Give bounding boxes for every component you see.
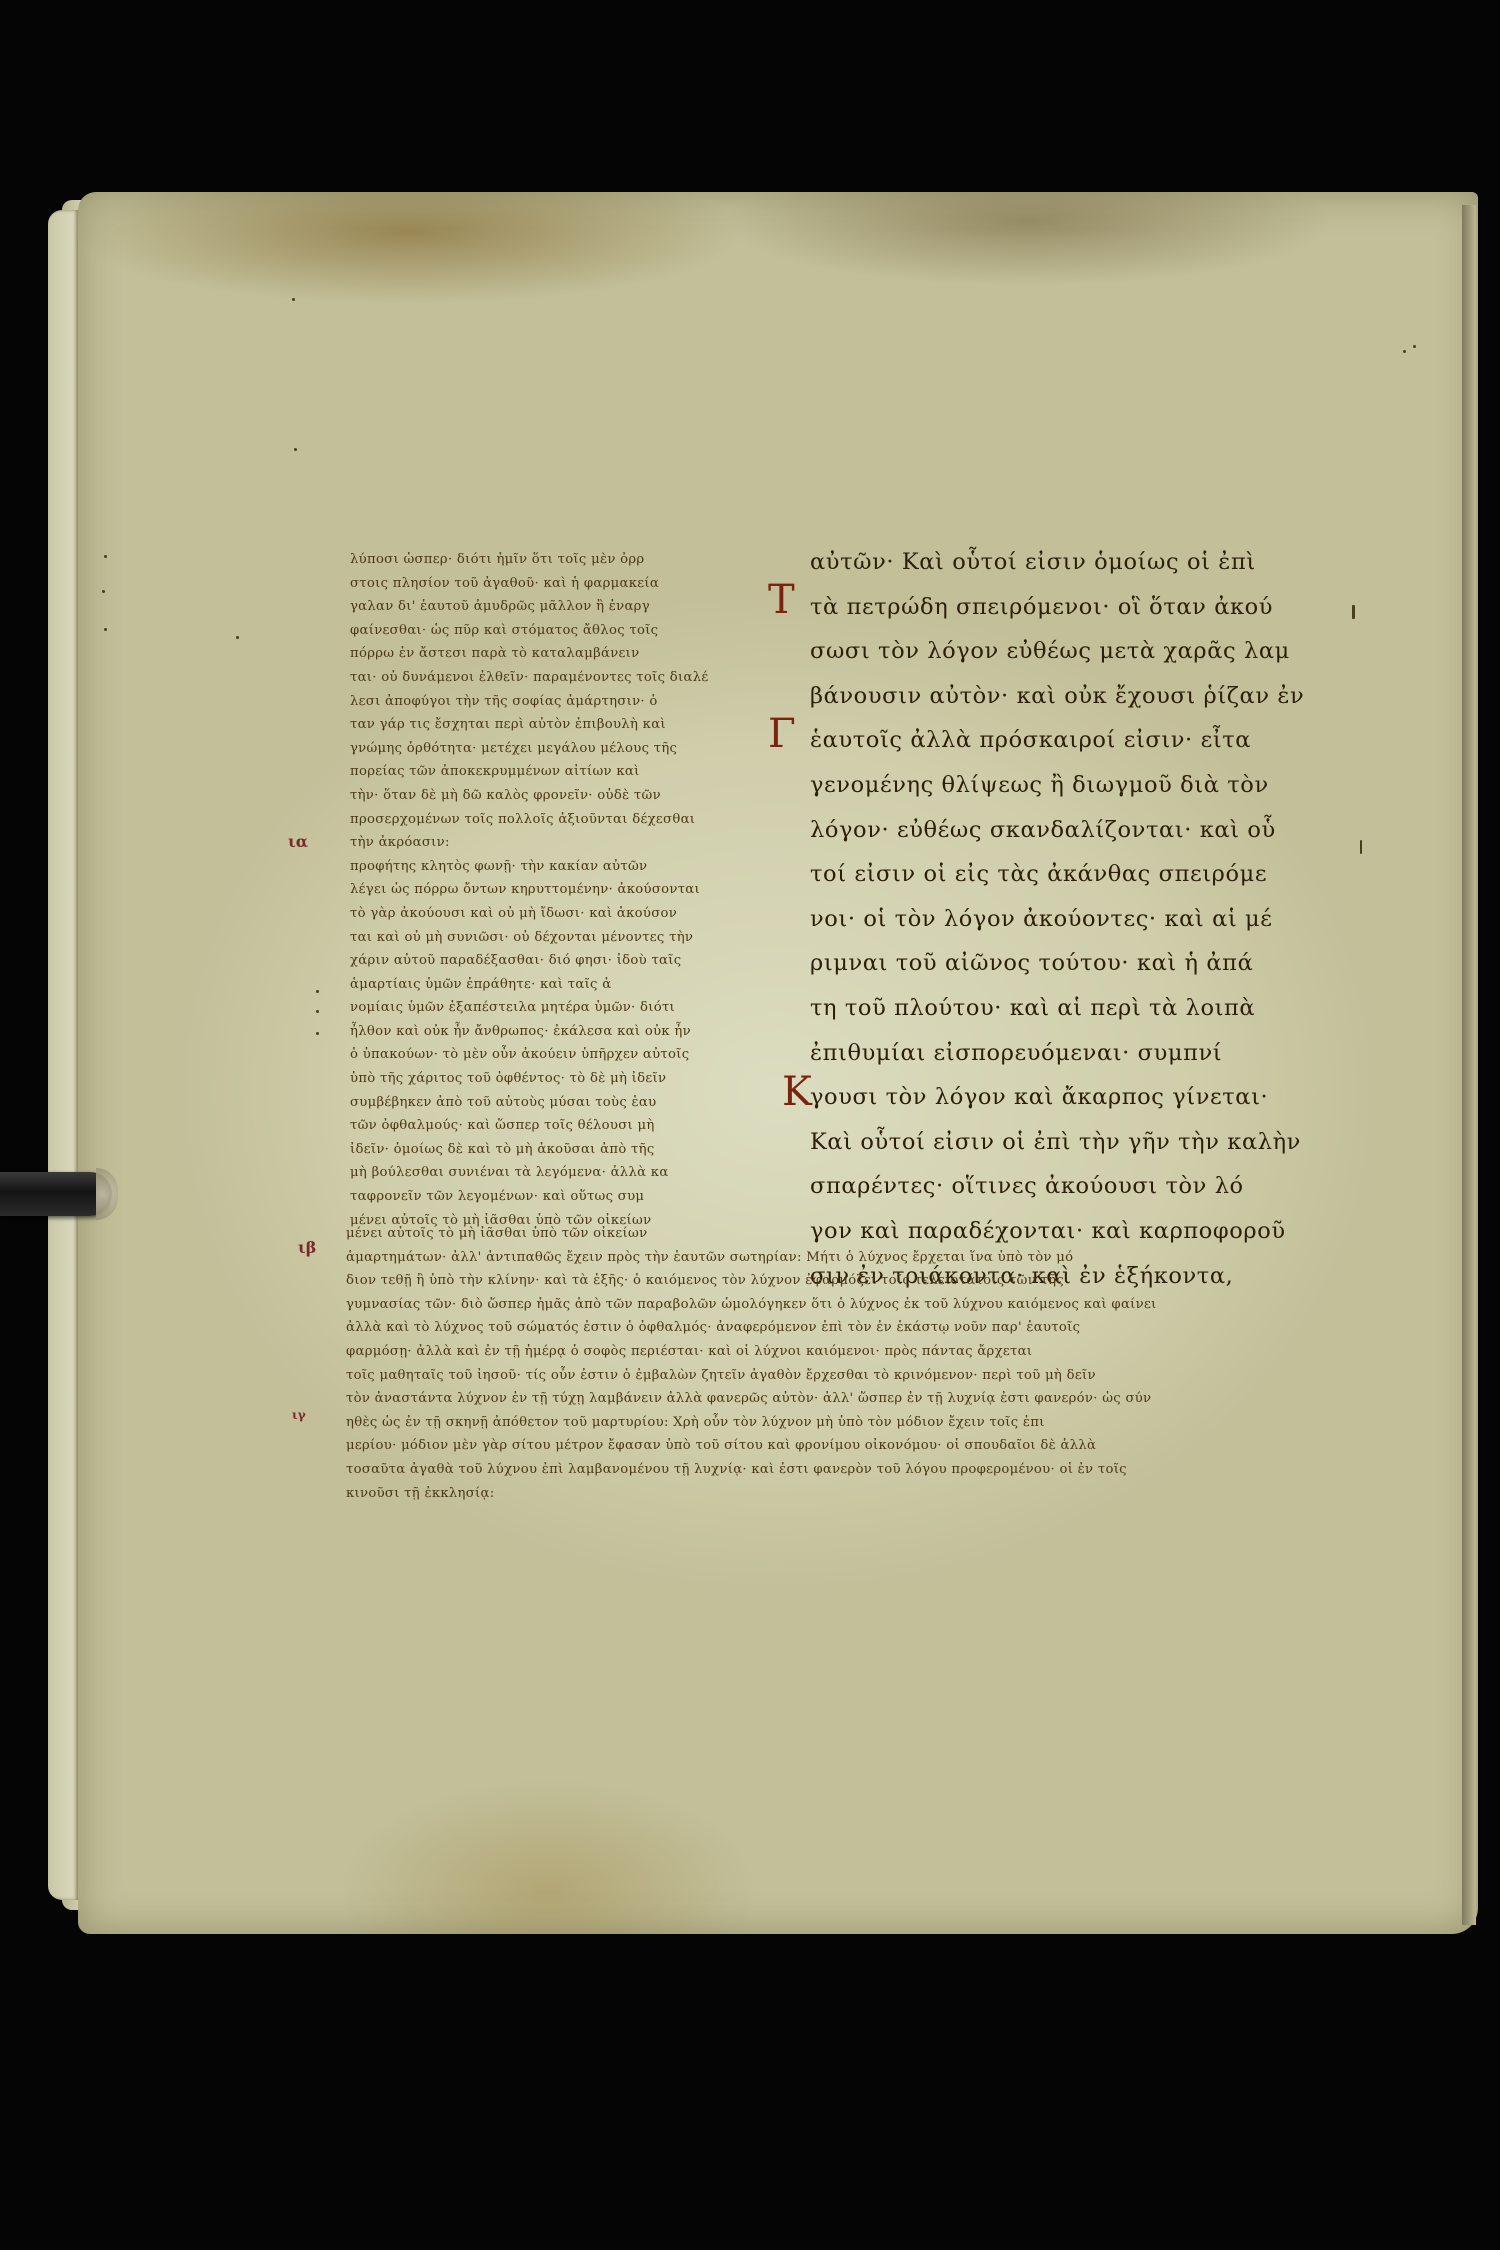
commentary-line: ταφρονεῖν τῶν λεγομένων· καὶ οὕτως συμ	[350, 1185, 780, 1209]
commentary-line: λεσι ἀποφύγοι τὴν τῆς σοφίας ἀμάρτησιν· …	[350, 690, 780, 714]
main-text-line: αὐτῶν· Καὶ οὗτοί εἰσιν ὁμοίως οἱ ἐπὶ	[810, 540, 1370, 585]
pricking-mark	[1413, 345, 1416, 348]
main-text-line: ἑαυτοῖς ἀλλὰ πρόσκαιροί εἰσιν· εἶτα	[810, 718, 1370, 763]
bottom-commentary-block: μένει αὐτοῖς τὸ μὴ ἰᾶσθαι ὑπὸ τῶν οἰκείω…	[346, 1222, 1406, 1505]
marginal-numeral: ιβ	[298, 1238, 316, 1257]
main-text-line: σπαρέντες· οἵτινες ἀκούουσι τὸν λό	[810, 1164, 1370, 1209]
main-text-line: σωσι τὸν λόγον εὐθέως μετὰ χαρᾶς λαμ	[810, 629, 1370, 674]
commentary-line: τὸ γὰρ ἀκούουσι καὶ οὐ μὴ ἴδωσι· καὶ ἀκο…	[350, 902, 780, 926]
main-text-line: βάνουσιν αὐτὸν· καὶ οὐκ ἔχουσι ῥίζαν ἐν	[810, 674, 1370, 719]
commentary-line: γνώμης ὀρθότητα· μετέχει μεγάλου μέλους …	[350, 737, 780, 761]
main-text-line: ἐπιθυμίαι εἰσπορευόμεναι· συμπνί	[810, 1031, 1370, 1076]
pricking-mark	[236, 636, 239, 639]
commentary-line: νομίαις ὑμῶν ἐξαπέστειλα μητέρα ὑμῶν· δι…	[350, 996, 780, 1020]
rubricated-initial: Τ	[768, 580, 795, 620]
commentary-line: τὴν ἀκρόασιν:	[350, 831, 780, 855]
pricking-mark	[294, 448, 297, 451]
main-text-column: αὐτῶν· Καὶ οὗτοί εἰσιν ὁμοίως οἱ ἐπὶ τὰ …	[810, 540, 1370, 1298]
rubricated-initial: Κ	[782, 1072, 812, 1112]
commentary-line: στοις πλησίον τοῦ ἀγαθοῦ· καὶ ἡ φαρμακεί…	[350, 572, 780, 596]
commentary-line: προφήτης κλητὸς φωνῇ· τὴν κακίαν αὐτῶν	[350, 855, 780, 879]
commentary-line: κινοῦσι τῇ ἐκκλησίᾳ:	[346, 1482, 1406, 1506]
commentary-line: ται καὶ οὐ μὴ συνιῶσι· οὐ δέχονται μένον…	[350, 926, 780, 950]
commentary-line: γυμνασίας τῶν· διὸ ὥσπερ ἡμᾶς ἀπὸ τῶν πα…	[346, 1293, 1406, 1317]
gutter-shadow	[1462, 205, 1476, 1925]
commentary-line: γαλαν δι' ἑαυτοῦ ἀμυδρῶς μᾶλλον ἢ ἐναργ	[350, 595, 780, 619]
commentary-line: τῶν ὀφθαλμούς· καὶ ὥσπερ τοῖς θέλουσι μὴ	[350, 1114, 780, 1138]
ruling-mark	[1360, 840, 1362, 854]
commentary-line: πορείας τῶν ἀποκεκρυμμένων αἰτίων καὶ	[350, 760, 780, 784]
pricking-mark	[1403, 350, 1406, 353]
commentary-line: τοῖς μαθηταῖς τοῦ ἰησοῦ· τίς οὖν ἐστιν ὁ…	[346, 1364, 1406, 1388]
pricking-mark	[316, 990, 319, 993]
commentary-line: μένει αὐτοῖς τὸ μὴ ἰᾶσθαι ὑπὸ τῶν οἰκείω…	[346, 1222, 1406, 1246]
pricking-mark	[104, 555, 107, 558]
commentary-line: διον τεθῇ ἢ ὑπὸ τὴν κλίνην· καὶ τὰ ἑξῆς·…	[346, 1269, 1406, 1293]
commentary-line: ἁμαρτημάτων· ἀλλ' ἀντιπαθῶς ἔχειν πρὸς τ…	[346, 1246, 1406, 1270]
commentary-line: συμβέβηκεν ἀπὸ τοῦ αὐτοὺς μύσαι τοὺς ἑαυ	[350, 1091, 780, 1115]
commentary-line: τὴν· ὅταν δὲ μὴ δῶ καλὸς φρονεῖν· οὐδὲ τ…	[350, 784, 780, 808]
pricking-mark	[316, 1010, 319, 1013]
marginal-numeral: ιγ	[292, 1408, 306, 1422]
marginal-numeral: ια	[288, 832, 308, 851]
pricking-mark	[292, 298, 295, 301]
commentary-line: μερίου· μόδιον μὲν γὰρ σίτου μέτρον ἔφασ…	[346, 1434, 1406, 1458]
commentary-line: ὑπὸ τῆς χάριτος τοῦ ὀφθέντος· τὸ δὲ μὴ ἰ…	[350, 1067, 780, 1091]
commentary-line: φαίνεσθαι· ὡς πῦρ καὶ στόματος ἄθλος τοῖ…	[350, 619, 780, 643]
commentary-line: προσερχομένων τοῖς πολλοῖς ἀξιοῦνται δέχ…	[350, 808, 780, 832]
ruling-mark	[1352, 605, 1355, 619]
pricking-mark	[316, 1032, 319, 1035]
commentary-line: ἁμαρτίαις ὑμῶν ἐπράθητε· καὶ ταῖς ἀ	[350, 973, 780, 997]
commentary-line: φαρμόσῃ· ἀλλὰ καὶ ἐν τῇ ἡμέρᾳ ὁ σοφὸς πε…	[346, 1340, 1406, 1364]
main-text-line: λόγον· εὐθέως σκανδαλίζονται· καὶ οὗ	[810, 808, 1370, 853]
commentary-line: ται· οὐ δυνάμενοι ἐλθεῖν· παραμένοντες τ…	[350, 666, 780, 690]
commentary-line: μὴ βούλεσθαι συνιέναι τὰ λεγόμενα· ἀλλὰ …	[350, 1161, 780, 1185]
main-text-line: γουσι τὸν λόγον καὶ ἄκαρπος γίνεται·	[810, 1075, 1370, 1120]
pricking-mark	[104, 628, 107, 631]
left-commentary-column: λύποσι ὡσπερ· διότι ἡμῖν ὅτι τοῖς μὲν ὀρ…	[350, 548, 780, 1232]
commentary-line: ἀλλὰ καὶ τὸ λύχνος τοῦ σώματός ἐστιν ὁ ὀ…	[346, 1316, 1406, 1340]
main-text-line: νοι· οἱ τὸν λόγον ἀκούοντες· καὶ αἱ μέ	[810, 897, 1370, 942]
commentary-line: ηθὲς ὡς ἐν τῇ σκηνῇ ἀπόθετον τοῦ μαρτυρί…	[346, 1411, 1406, 1435]
main-text-line: τοί εἰσιν οἱ εἰς τὰς ἀκάνθας σπειρόμε	[810, 852, 1370, 897]
commentary-line: τὸν ἀναστάντα λύχνον ἐν τῇ τύχῃ λαμβάνει…	[346, 1387, 1406, 1411]
main-text-line: ριμναι τοῦ αἰῶνος τούτου· καὶ ἡ ἀπά	[810, 941, 1370, 986]
commentary-line: ὁ ὑπακούων· τὸ μὲν οὖν ἀκούειν ὑπῆρχεν α…	[350, 1043, 780, 1067]
main-text-line: τὰ πετρώδη σπειρόμενοι· οἳ ὅταν ἀκού	[810, 585, 1370, 630]
stacked-leaves-edge-inner	[48, 210, 78, 1900]
commentary-line: λέγει ὡς πόρρω ὄντων κηρυττομένην· ἀκούσ…	[350, 878, 780, 902]
main-text-line: γενομένης θλίψεως ἢ διωγμοῦ διὰ τὸν	[810, 763, 1370, 808]
main-text-line: τη τοῦ πλούτου· καὶ αἱ περὶ τὰ λοιπὰ	[810, 986, 1370, 1031]
commentary-line: λύποσι ὡσπερ· διότι ἡμῖν ὅτι τοῖς μὲν ὀρ…	[350, 548, 780, 572]
commentary-line: χάριν αὐτοῦ παραδέξασθαι· διό φησι· ἰδοὺ…	[350, 949, 780, 973]
commentary-line: ἦλθον καὶ οὐκ ἦν ἄνθρωπος· ἐκάλεσα καὶ ο…	[350, 1020, 780, 1044]
commentary-line: τοσαῦτα ἀγαθὰ τοῦ λύχνου ἐπὶ λαμβανομένο…	[346, 1458, 1406, 1482]
commentary-line: ἰδεῖν· ὁμοίως δὲ καὶ τὸ μὴ ἀκοῦσαι ἀπὸ τ…	[350, 1138, 780, 1162]
rubricated-initial: Γ	[768, 714, 796, 754]
pricking-mark	[102, 590, 105, 593]
commentary-line: πόρρω ἐν ἄστεσι παρὰ τὸ καταλαμβάνειν	[350, 642, 780, 666]
main-text-line: Καὶ οὗτοί εἰσιν οἱ ἐπὶ τὴν γῆν τὴν καλὴν	[810, 1120, 1370, 1165]
commentary-line: ταν γάρ τις ἔσχηται περὶ αὐτὸν ἐπιβουλὴ …	[350, 713, 780, 737]
